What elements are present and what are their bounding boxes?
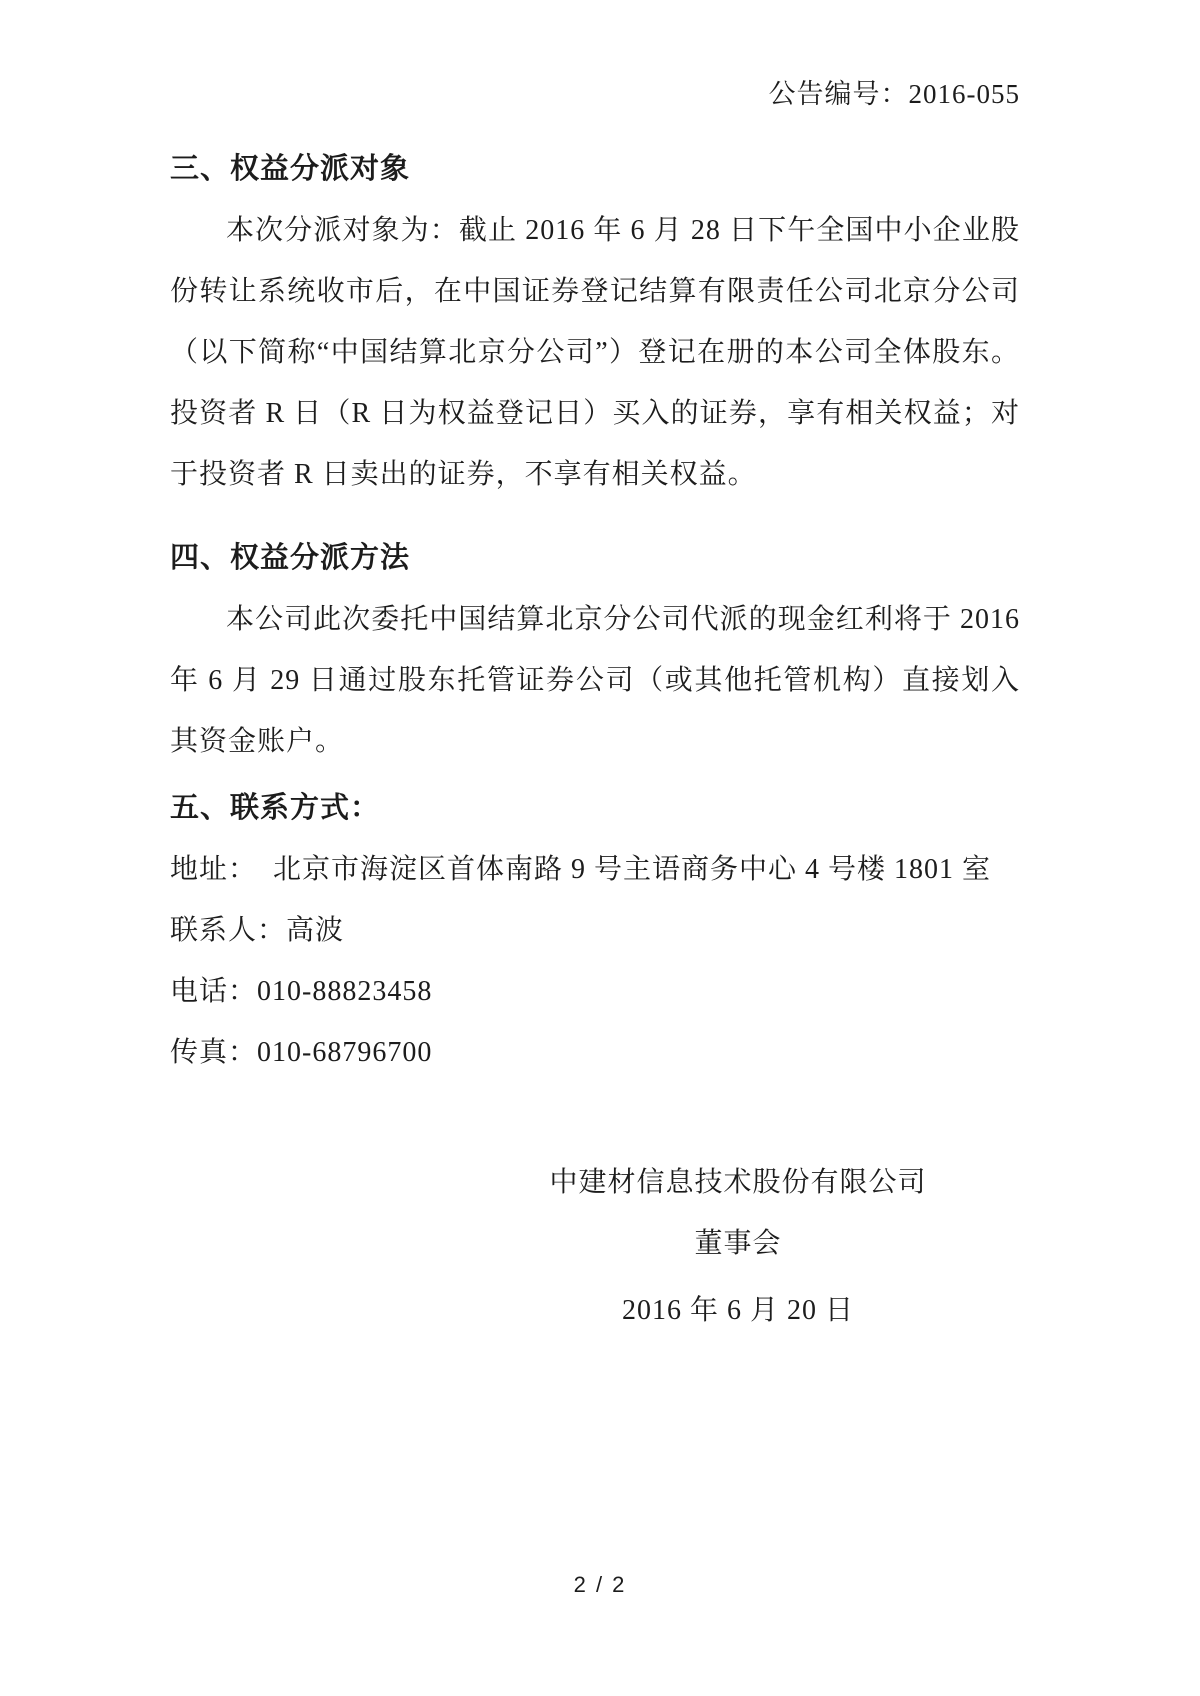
contact-block: 地址： 北京市海淀区首体南路 9 号主语商务中心 4 号楼 1801 室 联系人… <box>170 839 1020 1083</box>
section-distribution-method: 四、权益分派方法 本公司此次委托中国结算北京分公司代派的现金红利将于 2016 … <box>170 541 1020 772</box>
section-4-paragraph: 本公司此次委托中国结算北京分公司代派的现金红利将于 2016 年 6 月 29 … <box>170 589 1020 772</box>
section-heading-4: 四、权益分派方法 <box>170 541 1020 575</box>
signature-date: 2016 年 6 月 20 日 <box>456 1280 1020 1341</box>
contact-person: 联系人：高波 <box>170 900 1020 961</box>
section-heading-3: 三、权益分派对象 <box>170 152 1020 186</box>
signature-board: 董事会 <box>456 1213 1020 1274</box>
section-heading-5: 五、联系方式： <box>170 791 1020 825</box>
section-contact-info: 五、联系方式： 地址： 北京市海淀区首体南路 9 号主语商务中心 4 号楼 18… <box>170 791 1020 1083</box>
announcement-number: 公告编号：2016-055 <box>170 78 1020 110</box>
document-page: 公告编号：2016-055 三、权益分派对象 本次分派对象为：截止 2016 年… <box>0 0 1200 1696</box>
contact-address: 地址： 北京市海淀区首体南路 9 号主语商务中心 4 号楼 1801 室 <box>170 839 1020 900</box>
signature-company-name: 中建材信息技术股份有限公司 <box>456 1152 1020 1213</box>
contact-phone: 电话：010-88823458 <box>170 961 1020 1022</box>
page-number-indicator: 2 / 2 <box>0 1572 1200 1598</box>
section-distribution-target: 三、权益分派对象 本次分派对象为：截止 2016 年 6 月 28 日下午全国中… <box>170 152 1020 505</box>
section-3-paragraph: 本次分派对象为：截止 2016 年 6 月 28 日下午全国中小企业股份转让系统… <box>170 200 1020 505</box>
contact-fax: 传真：010-68796700 <box>170 1022 1020 1083</box>
signature-block: 中建材信息技术股份有限公司 董事会 2016 年 6 月 20 日 <box>456 1152 1020 1341</box>
